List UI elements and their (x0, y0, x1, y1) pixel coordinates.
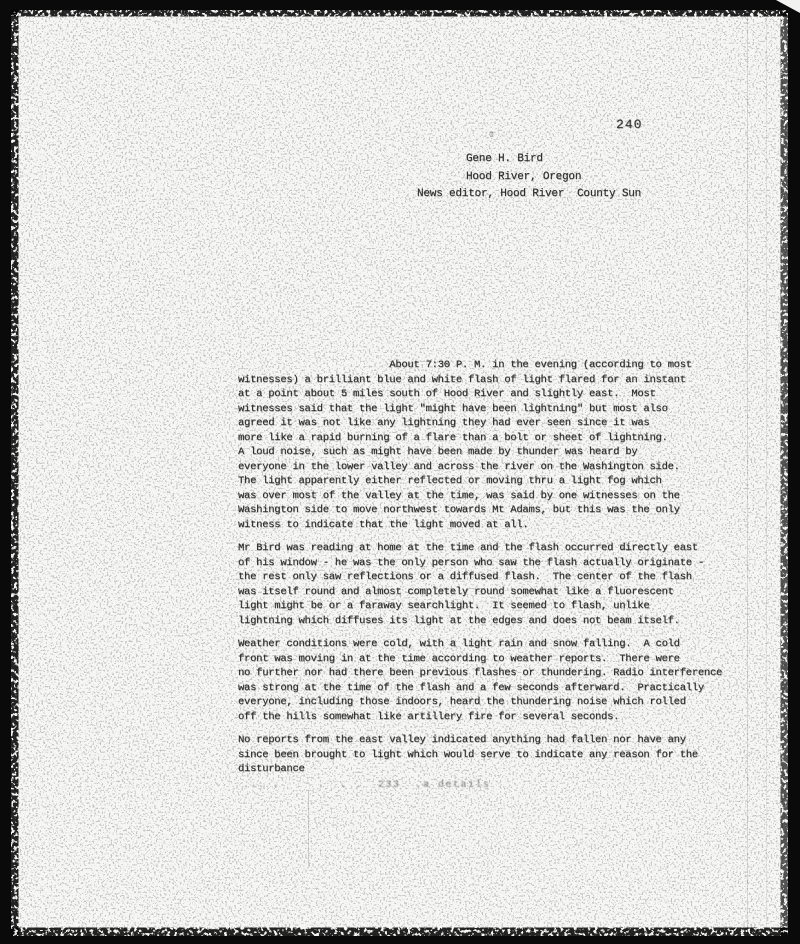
fold-line-2 (766, 10, 767, 936)
header-name: Gene H. Bird (466, 153, 543, 165)
paragraph-sighting: About 7:30 P. M. in the evening (accordi… (238, 358, 746, 532)
paragraph-witness: Mr Bird was reading at home at the time … (238, 541, 746, 628)
scanned-document-page: 240 0 Gene H. Bird Hood River, Oregon Ne… (0, 0, 800, 944)
stray-mark: 0 (489, 131, 494, 140)
paragraph-weather: Weather conditions were cold, with a lig… (238, 637, 746, 724)
report-body: About 7:30 P. M. in the evening (accordi… (238, 358, 746, 786)
fold-line (747, 10, 748, 936)
scratch-mark (308, 790, 309, 868)
paper: 240 0 Gene H. Bird Hood River, Oregon Ne… (11, 10, 788, 936)
paragraph-conclusion: No reports from the east valley indicate… (238, 733, 746, 777)
faded-smudged-line: ... . . . . 233 .a details (243, 780, 491, 791)
corner-notch (776, 0, 800, 13)
header-role: News editor, Hood River County Sun (417, 188, 641, 200)
page-number: 240 (616, 117, 642, 132)
header-location: Hood River, Oregon (466, 171, 581, 183)
